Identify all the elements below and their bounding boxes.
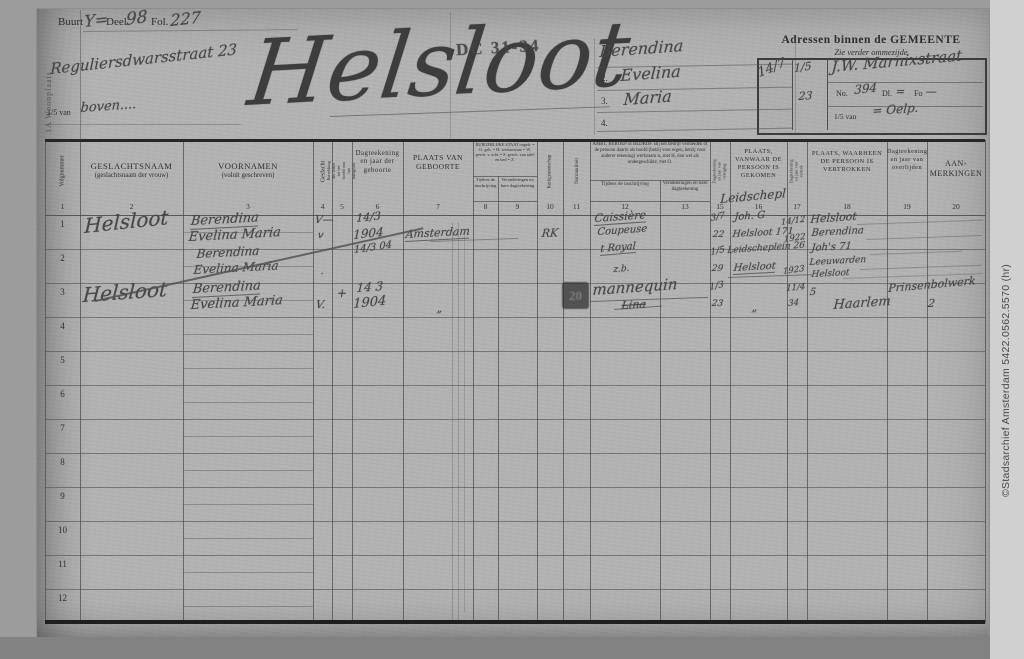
fraction-bottom-label: 1/5 van: [834, 112, 856, 121]
scan-scratch: [795, 38, 796, 134]
hw-box-b2: 23: [798, 89, 813, 103]
name-half-rule: [183, 402, 313, 403]
header-cell-5: Betrekking der leden tot het hoofd van h…: [332, 141, 352, 201]
adressen-title: Adressen binnen de GEMEENTE: [757, 33, 985, 47]
header-cell-9: Veranderingen en hare dagteekening: [498, 177, 537, 200]
grid-vline: [45, 140, 46, 623]
name-half-rule: [183, 436, 313, 437]
header-group-ambt-beroep: AMBT, BEROEP of BEDRIJF. Bij het bedrijf…: [591, 142, 709, 179]
header-cell-20: AAN- MERKINGEN: [927, 141, 985, 201]
grid-vline: [352, 140, 353, 623]
hw-r3b-c15: 23: [711, 299, 724, 309]
no-label: No.: [836, 89, 848, 98]
header-cell-2: GESLACHTSNAAM(geslachtsnaam der vrouw): [80, 141, 183, 201]
table-bottom-rule: [45, 620, 985, 624]
scan-scratch: [80, 10, 81, 140]
name-half-rule: [183, 606, 313, 607]
hw-r1a-from: Joh. G: [734, 210, 766, 223]
grid-vline: [80, 140, 81, 623]
header-cell-3: VOORNAMEN(voluit geschreven): [183, 141, 313, 201]
grid-vline: [807, 140, 808, 623]
grid-hline: [45, 385, 985, 386]
row-number: 9: [45, 491, 80, 502]
row-number: 12: [45, 593, 80, 604]
hw-fo-value: —: [925, 85, 938, 98]
header-cell-label: PLAATS, VANWAAR DE PERSOON IS GEKOMEN: [730, 148, 787, 180]
grid-hline: [45, 555, 985, 556]
row-number: 8: [45, 457, 80, 468]
header-cell-label: PLAATS, WAARHEEN DE PERSOON IS VERTROKKE…: [807, 150, 887, 174]
grid-vline: [730, 140, 731, 623]
header-cell-label: Kerkgenootschap: [548, 154, 553, 188]
header-cell-label: VOORNAMEN: [183, 161, 313, 172]
hw-fol-value: 227: [170, 8, 201, 30]
column-number: 13: [660, 202, 710, 211]
hw-r2b-c15: 29: [711, 264, 724, 274]
grid-hline: [45, 487, 985, 488]
header-cell-sublabel: (geslachtsnaam der vrouw): [80, 172, 183, 180]
row-number: 5: [45, 355, 80, 366]
header-cell-13: Veranderingen en hare dagteekening: [660, 181, 710, 200]
grid-hline: [45, 521, 985, 522]
grid-vline: [660, 180, 661, 623]
header-cell-17: Dagteekening en jaar van vertrek: [787, 141, 807, 201]
row-number: 3: [45, 287, 80, 298]
scan-scratch: [458, 222, 459, 620]
grid-vline: [590, 140, 591, 623]
column-number: 8: [473, 202, 498, 211]
header-cell-6: Dagteekening en jaar der geboorte: [352, 141, 403, 201]
column-number: 7: [403, 202, 473, 211]
name-line-number-2: 2.: [601, 73, 608, 83]
grid-hline: [45, 283, 985, 284]
grid-vline: [473, 140, 474, 623]
hw-r3b-sex: V.: [315, 298, 326, 311]
column-number: 19: [887, 202, 927, 211]
adressen-box-rule: [828, 82, 983, 83]
header-cell-7: PLAATS VAN GEBOORTE: [403, 141, 473, 201]
header-cell-12: Tijdens de inschrijving: [590, 181, 660, 200]
hw-dl-value: =: [895, 85, 906, 98]
grid-vline: [183, 140, 184, 623]
name-line-number-4: 4.: [601, 118, 608, 128]
hw-r1a-birth: 14/3: [356, 209, 381, 225]
row-number: 4: [45, 321, 80, 332]
column-number: 10: [537, 202, 563, 211]
header-cell-label: Dagteekening en jaar der geboorte: [352, 150, 403, 175]
hw-box-b1: 1/5: [794, 59, 812, 75]
hw-r3a-birth: 14 3: [356, 279, 384, 295]
hw-no-value: 394: [854, 80, 877, 97]
hw-r3b-c17: 34: [788, 298, 799, 309]
column-number: 11: [563, 202, 590, 211]
name-half-rule: [183, 334, 313, 335]
hw-r1b-church: RK: [541, 226, 559, 240]
grid-hline: [45, 419, 985, 420]
column-number: 20: [927, 202, 985, 211]
hw-deel-value: 98: [126, 7, 147, 30]
fo-label: Fo: [914, 89, 922, 98]
header-cell-label: Dagteekening en jaar van vertrek: [790, 159, 805, 183]
row-number: 7: [45, 423, 80, 434]
scanned-register-card: 1A Woonplaats Buurt Deel Fol. 1/5 van He…: [0, 0, 1024, 659]
grid-hline: [45, 589, 985, 590]
header-cell-label: Volgnummer: [59, 155, 65, 186]
row-number: 11: [45, 559, 80, 570]
header-cell-label: Nationaliteit: [574, 158, 580, 184]
hw-r1a-sex: V—: [314, 213, 335, 226]
header-cell-label: Dagteekening en jaar van vestiging: [713, 159, 728, 183]
column-number: 9: [498, 202, 537, 211]
header-group-burgerlijke-staat: BURGERLIJKE STAAT ongeh. = O. geh. = H. …: [474, 142, 536, 175]
name-half-rule: [183, 538, 313, 539]
row-number: 10: [45, 525, 80, 536]
archive-watermark: ©Stadsarchief Amsterdam 5422.0562.5570 (…: [1000, 264, 1012, 497]
adressen-box-divider: [792, 59, 793, 130]
grid-vline: [537, 140, 538, 623]
row-number: 6: [45, 389, 80, 400]
grid-hline: [45, 317, 985, 318]
name-half-rule: [183, 504, 313, 505]
scan-scratch: [452, 222, 453, 620]
grid-hline: [45, 453, 985, 454]
hw-r2b-from: Helsloot: [733, 261, 776, 275]
hw-r1b-c15: 22: [712, 230, 725, 240]
header-cell-11: Nationaliteit: [563, 141, 590, 201]
header-cell-18: PLAATS, WAARHEEN DE PERSOON IS VERTROKKE…: [807, 141, 887, 201]
header-cell-8: Tijdens de inschrijving: [473, 177, 498, 200]
hw-r3a-rel: +: [336, 286, 348, 300]
grid-vline: [887, 140, 888, 623]
header-cell-label: AAN- MERKINGEN: [927, 159, 985, 179]
grid-vline: [313, 140, 314, 623]
fraction-label: 1/5 van: [47, 108, 71, 117]
column-number: 1: [45, 202, 80, 211]
hw-buurt-value: Y=: [84, 9, 109, 31]
header-cell-label: Dagteekening en jaar van overlijden: [887, 148, 927, 171]
name-line-number-3: 3.: [601, 96, 608, 106]
hw-r2a-dest: Joh's 71: [811, 241, 852, 254]
hw-r3a-c17: 11/4: [786, 282, 805, 294]
scan-scratch: [464, 232, 465, 612]
header-cell-19: Dagteekening en jaar van overlijden: [887, 141, 927, 201]
grid-hline: [45, 351, 985, 352]
header-cell-label: Geslacht: [319, 160, 326, 182]
grid-vline: [403, 140, 404, 623]
grid-vline: [710, 140, 711, 623]
scan-scratch: [594, 38, 595, 135]
row-number: 2: [45, 253, 80, 264]
row-number: 1: [45, 219, 80, 230]
scan-scratch: [450, 12, 451, 138]
column-number: 17: [787, 202, 807, 211]
header-cell-sublabel: (voluit geschreven): [183, 172, 313, 180]
hw-r2b-occ: z.b.: [613, 264, 630, 275]
name-half-rule: [183, 368, 313, 369]
header-cell-label: GESLACHTSNAAM: [80, 161, 183, 172]
grid-vline: [787, 140, 788, 623]
name-half-rule: [183, 470, 313, 471]
grid-vline: [927, 140, 928, 623]
column-number: 5: [332, 202, 352, 211]
hw-r1b-sex: v: [317, 230, 324, 241]
dl-label: Dl.: [882, 89, 892, 98]
header-cell-10: Kerkgenootschap: [537, 141, 563, 201]
stamp-blob: 20: [562, 282, 589, 309]
name-half-rule: [183, 572, 313, 573]
header-cell-1: Volgnummer: [45, 141, 80, 201]
adressen-box-divider: [827, 59, 828, 130]
fol-label: Fol.: [151, 16, 168, 28]
ink-stroke: [45, 124, 241, 125]
scan-bottom-shadow: [0, 637, 990, 659]
grid-vline: [563, 140, 564, 623]
deel-label: Deel: [106, 16, 127, 28]
column-number: 4: [313, 202, 332, 211]
header-cell-label: PLAATS VAN GEBOORTE: [403, 153, 473, 172]
grid-vline: [985, 140, 986, 623]
